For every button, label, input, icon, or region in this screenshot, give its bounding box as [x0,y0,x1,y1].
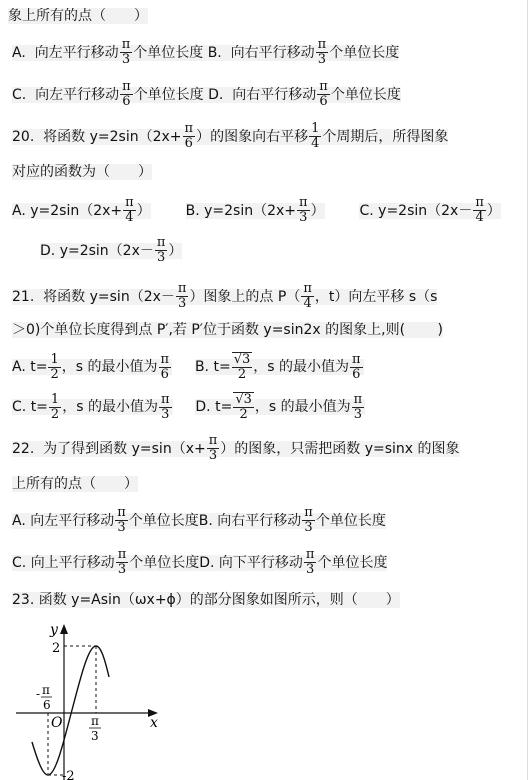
fraction: π3 [120,38,133,67]
q20-option-c[interactable]: C. y=2sin（2x－π4） [359,203,500,219]
svg-text:-: - [36,687,40,701]
neg-x-num: π [42,683,50,697]
sine-graph: y x O 2 -2 - π 6 π 3 [0,615,170,780]
q20-stem-line2: 对应的函数为（ ） [12,162,152,182]
q22-options-row-2: C. 向上平行移动π3个单位长度D. 向下平行移动π3个单位长度 [12,548,387,577]
q22-stem-line2: 上所有的点（ ） [12,474,138,494]
q21-option-b[interactable]: B. t=√32，s 的最小值为π6 [195,359,364,375]
fraction: π6 [317,80,330,109]
q22-options-row-1: A. 向左平行移动π3个单位长度B. 向右平行移动π3个单位长度 [12,506,386,535]
q22-option-b[interactable]: B. 向右平行移动π3个单位长度 [199,513,386,529]
q19-option-a[interactable]: A. 向左平行移动π3个单位长度 [12,45,208,61]
q19-options-row-1: A. 向左平行移动π3个单位长度 B. 向右平行移动π3个单位长度 [12,38,399,67]
y-axis-label: y [49,622,59,638]
q23-stem: 23. 函数 y=Asin（ωx+ϕ）的部分图象如图所示，则（ ） [12,590,400,610]
q20-option-a[interactable]: A. y=2sin（2x+π4） [12,203,151,219]
q19-options-row-2: C. 向左平行移动π6个单位长度 D. 向右平行移动π6个单位长度 [12,80,401,109]
q22-option-d[interactable]: D. 向下平行移动π3个单位长度 [199,555,387,571]
origin-label: O [51,715,63,731]
q20-option-d[interactable]: D. y=2sin（2x－π3） [40,243,182,259]
page-edge [527,0,528,780]
q19-option-d[interactable]: D. 向右平行移动π6个单位长度 [208,87,401,103]
fraction: π6 [183,122,196,151]
fraction: π3 [316,38,329,67]
q19-stem-end: 象上所有的点（ ） [8,6,148,26]
q21-option-a[interactable]: A. t=12，s 的最小值为π6 [12,359,172,375]
max-label: 2 [52,641,60,656]
q19-option-b[interactable]: B. 向右平行移动π3个单位长度 [208,45,400,61]
q19-option-c[interactable]: C. 向左平行移动π6个单位长度 [12,87,208,103]
q22-option-a[interactable]: A. 向左平行移动π3个单位长度 [12,513,199,529]
q21-options-row-1: A. t=12，s 的最小值为π6 B. t=√32，s 的最小值为π6 [12,352,364,382]
q21-stem: 21. 将函数 y=sin（2x－π3）图象上的点 P（π4，t）向左平移 s（… [12,282,437,311]
q20-options-row-1: A. y=2sin（2x+π4） B. y=2sin（2x+π3） C. y=2… [12,196,501,225]
fraction: 14 [309,122,321,151]
x-axis-label: x [150,715,158,731]
fraction: π6 [120,80,133,109]
pos-x-num: π [91,714,99,728]
q21-option-c[interactable]: C. t=12，s 的最小值为π3 [12,399,173,415]
q22-option-c[interactable]: C. 向上平行移动π3个单位长度 [12,555,199,571]
q20-options-row-2: D. y=2sin（2x－π3） [40,236,182,265]
neg-x-den: 6 [43,698,51,712]
y-axis-arrow-icon [60,624,68,634]
q21-stem-line2: ＞0)个单位长度得到点 P′,若 P′位于函数 y=sin2x 的图象上,则( … [12,320,443,340]
q21-option-d[interactable]: D. t=√32，s 的最小值为π3 [195,399,365,415]
q20-option-b[interactable]: B. y=2sin（2x+π3） [186,203,325,219]
q21-options-row-2: C. t=12，s 的最小值为π3 D. t=√32，s 的最小值为π3 [12,392,365,422]
pos-x-den: 3 [91,729,99,743]
q20-stem: 20. 将函数 y=2sin（2x+π6）的图象向右平移14个周期后，所得图象 [12,122,448,151]
q22-stem: 22. 为了得到函数 y=sin（x+π3）的图象，只需把函数 y=sinx 的… [12,434,460,463]
min-label: -2 [62,769,75,780]
